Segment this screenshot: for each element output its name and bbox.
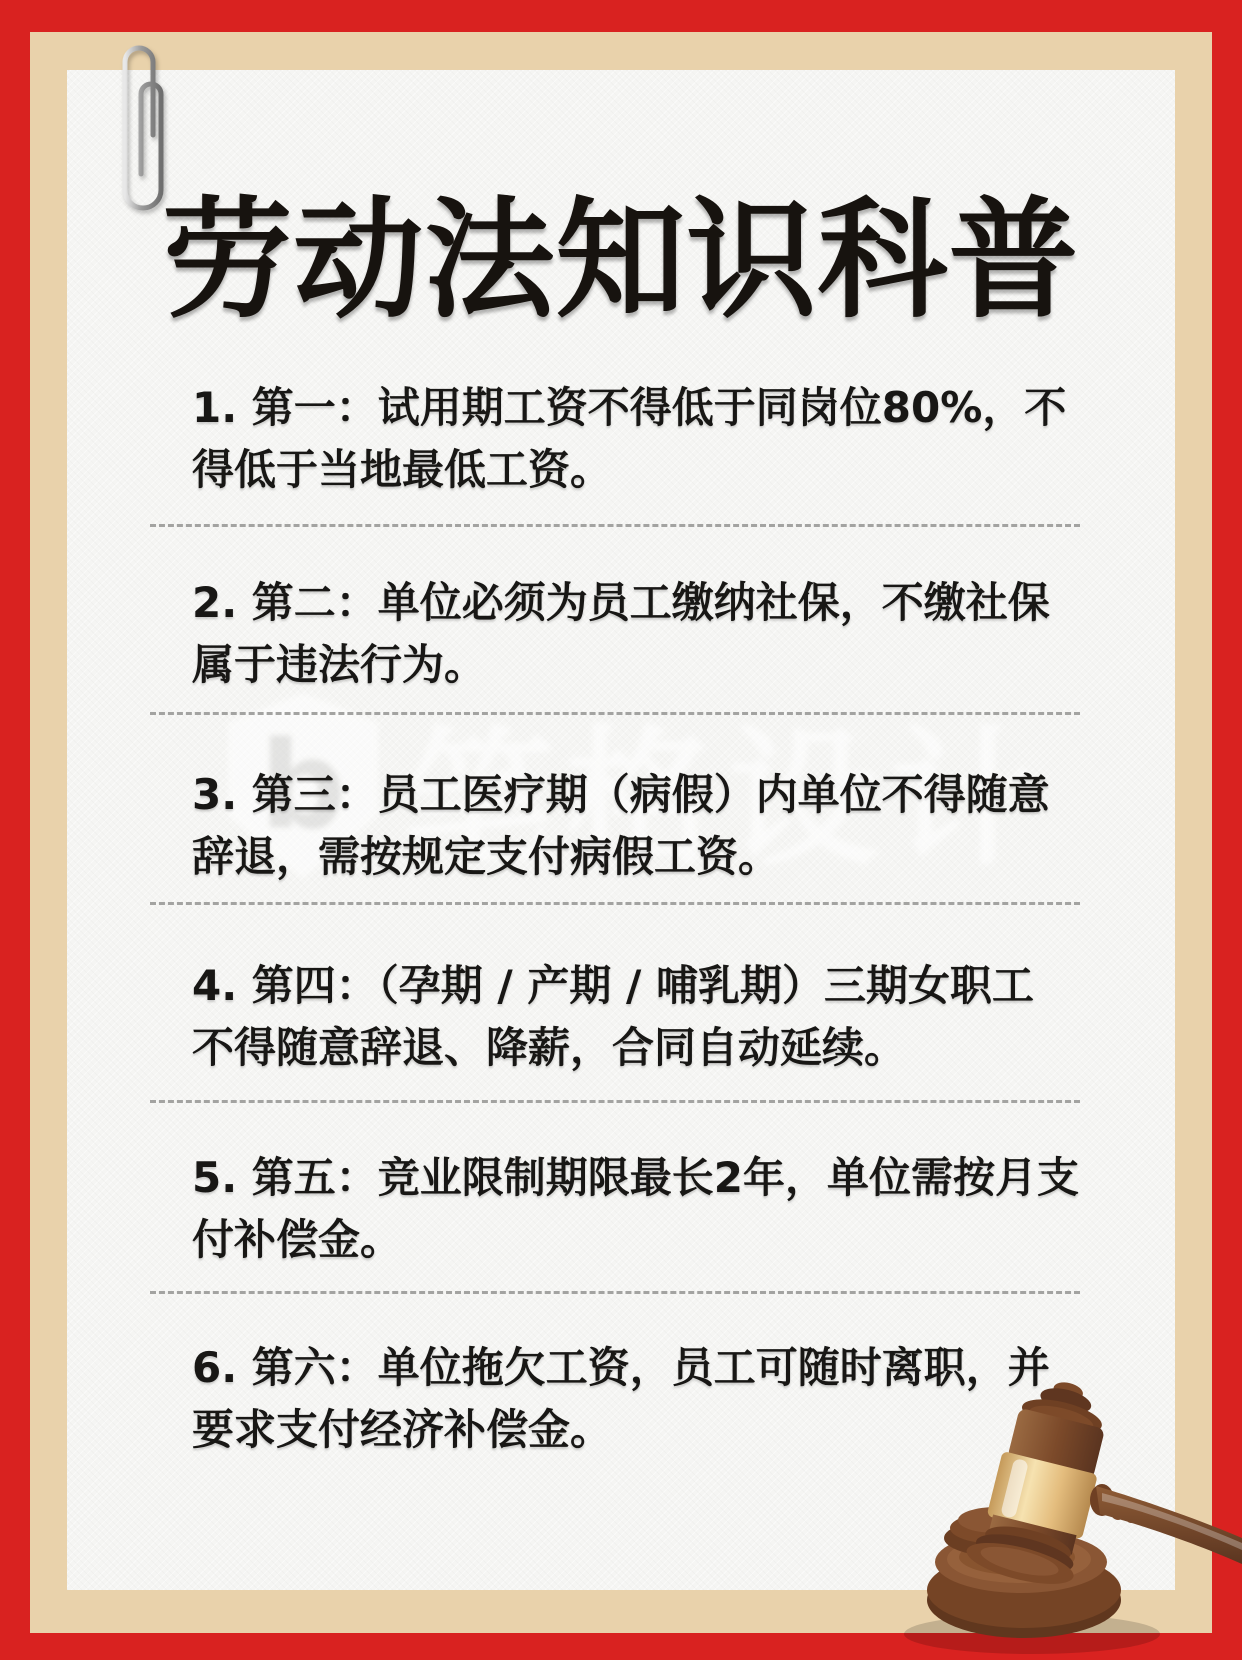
dashed-divider [150,1291,1080,1294]
law-item-4: 4. 第四：（孕期 / 产期 / 哺乳期）三期女职工 不得随意辞退、降薪，合同自… [192,955,1052,1079]
dashed-divider [150,524,1080,527]
item-line: 辞退，需按规定支付病假工资。 [192,826,1052,888]
paperclip-icon [114,40,172,218]
poster-frame: b 笔格设计 劳动法知识科普 1. 第一：试用期工资不得低于同岗位80%，不 得… [0,0,1242,1660]
law-item-2: 2. 第二：单位必须为员工缴纳社保，不缴社保 属于违法行为。 [192,572,1052,696]
law-item-3: 3. 第三：员工医疗期（病假）内单位不得随意 辞退，需按规定支付病假工资。 [192,764,1052,888]
dashed-divider [150,902,1080,905]
page-title: 劳动法知识科普 [0,188,1242,331]
dashed-divider [150,1100,1080,1103]
item-line: 4. 第四：（孕期 / 产期 / 哺乳期）三期女职工 [192,955,1052,1017]
dashed-divider [150,712,1080,715]
law-item-5: 5. 第五：竞业限制期限最长2年，单位需按月支 付补偿金。 [192,1147,1052,1271]
item-line: 5. 第五：竞业限制期限最长2年，单位需按月支 [192,1147,1052,1209]
item-line: 得低于当地最低工资。 [192,439,1052,501]
item-line: 2. 第二：单位必须为员工缴纳社保，不缴社保 [192,572,1052,634]
item-line: 付补偿金。 [192,1209,1052,1271]
item-line: 属于违法行为。 [192,634,1052,696]
item-line: 1. 第一：试用期工资不得低于同岗位80%，不 [192,377,1052,439]
item-line: 3. 第三：员工医疗期（病假）内单位不得随意 [192,764,1052,826]
item-line: 不得随意辞退、降薪，合同自动延续。 [192,1017,1052,1079]
gavel-icon [850,1300,1242,1660]
law-item-1: 1. 第一：试用期工资不得低于同岗位80%，不 得低于当地最低工资。 [192,377,1052,501]
